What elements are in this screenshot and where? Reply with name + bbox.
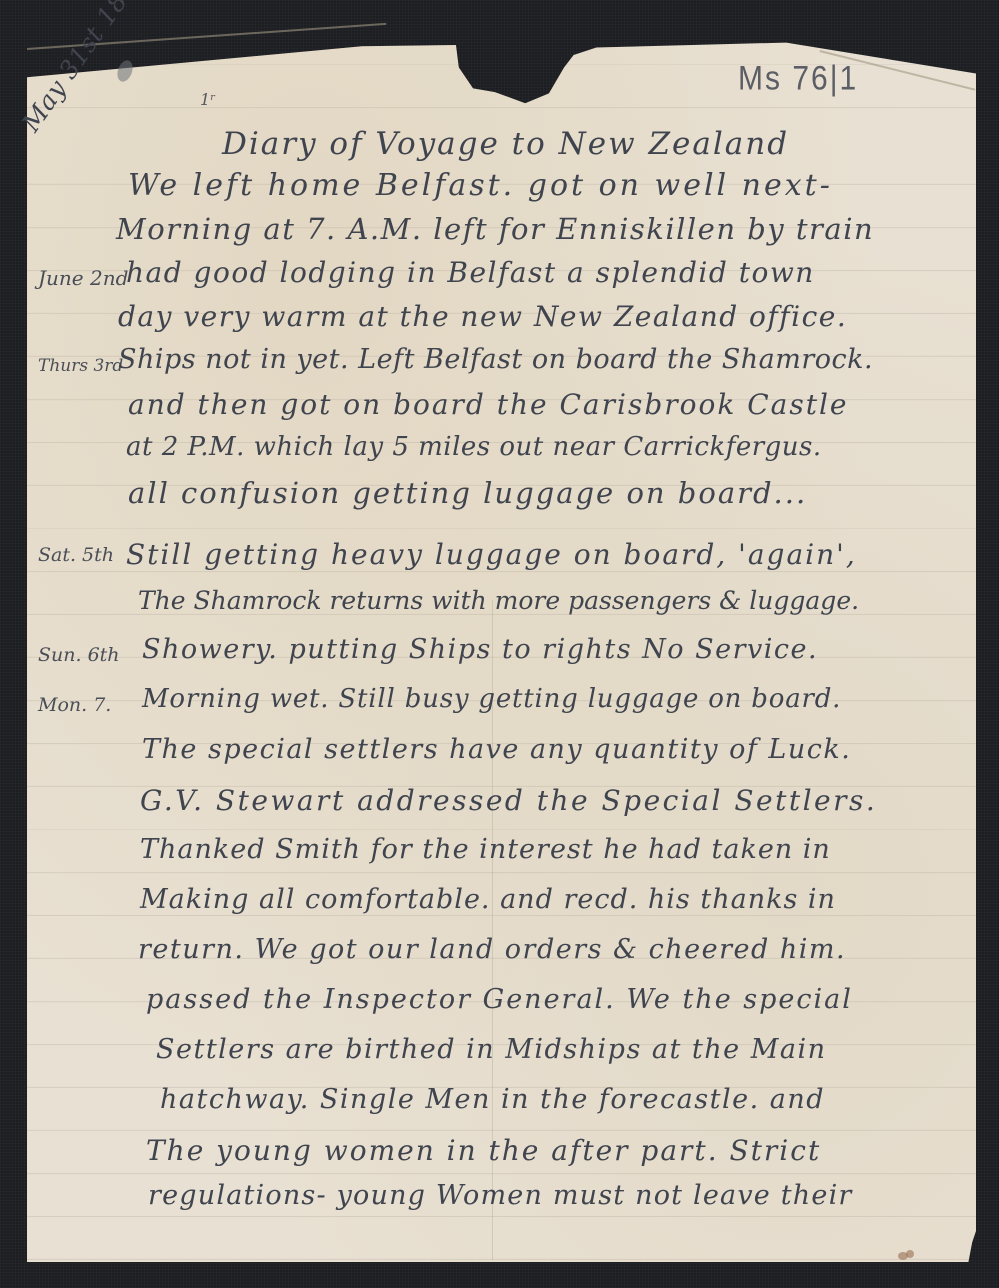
diary-line: Mon. 7. Morning wet. Still busy getting …: [0, 684, 999, 724]
diary-line: Sat. 5th Still getting heavy luggage on …: [0, 538, 999, 578]
diary-line: Morning at 7. A.M. left for Enniskillen …: [0, 212, 999, 252]
entry-date: Sat. 5th: [38, 544, 114, 566]
diary-line: The special settlers have any quantity o…: [0, 734, 999, 774]
diary-line: The Shamrock returns with more passenger…: [0, 586, 999, 626]
diary-line: day very warm at the new New Zealand off…: [0, 300, 999, 340]
entry-text: hatchway. Single Men in the forecastle. …: [160, 1084, 825, 1115]
diary-line: The young women in the after part. Stric…: [0, 1134, 999, 1174]
entry-text: Showery. putting Ships to rights No Serv…: [142, 634, 818, 665]
diary-line: passed the Inspector General. We the spe…: [0, 984, 999, 1024]
entry-text: We left home Belfast. got on well next-: [128, 168, 833, 203]
diary-line: Thurs 3rd Ships not in yet. Left Belfast…: [0, 344, 999, 384]
diary-line: at 2 P.M. which lay 5 miles out near Car…: [0, 432, 999, 472]
entry-text: The young women in the after part. Stric…: [146, 1134, 821, 1167]
entry-date: Mon. 7.: [38, 694, 111, 716]
entry-text: passed the Inspector General. We the spe…: [146, 984, 853, 1015]
entry-date: June 2nd: [38, 266, 128, 290]
entry-text: Making all comfortable. and recd. his th…: [140, 884, 836, 915]
entry-text: G.V. Stewart addressed the Special Settl…: [140, 784, 877, 817]
entry-text: The Shamrock returns with more passenger…: [138, 586, 859, 615]
foxing-stain: [906, 1250, 914, 1258]
entry-text: The special settlers have any quantity o…: [142, 734, 851, 765]
diary-line: regulations- young Women must not leave …: [0, 1180, 999, 1220]
entry-date: Thurs 3rd: [38, 356, 123, 376]
entry-text: Morning at 7. A.M. left for Enniskillen …: [116, 212, 874, 246]
date-mark: 1ʳ: [200, 90, 216, 109]
entry-text: at 2 P.M. which lay 5 miles out near Car…: [126, 432, 822, 462]
entry-text: regulations- young Women must not leave …: [148, 1180, 853, 1211]
entry-text: had good lodging in Belfast a splendid t…: [126, 256, 815, 289]
diary-line: return. We got our land orders & cheered…: [0, 934, 999, 974]
archive-reference: Ms 76|1: [738, 59, 858, 98]
entry-text: Ships not in yet. Left Belfast on board …: [118, 344, 873, 375]
entry-text: day very warm at the new New Zealand off…: [118, 300, 847, 333]
entry-text: Still getting heavy luggage on board, 'a…: [126, 538, 857, 571]
diary-line: Settlers are birthed in Midships at the …: [0, 1034, 999, 1074]
entry-date: Sun. 6th: [38, 644, 120, 666]
diary-line: June 2nd had good lodging in Belfast a s…: [0, 256, 999, 296]
diary-line: Making all comfortable. and recd. his th…: [0, 884, 999, 924]
diary-line: Sun. 6th Showery. putting Ships to right…: [0, 634, 999, 674]
diary-line: and then got on board the Carisbrook Cas…: [0, 388, 999, 428]
diary-line: hatchway. Single Men in the forecastle. …: [0, 1084, 999, 1124]
entry-text: and then got on board the Carisbrook Cas…: [128, 388, 848, 421]
diary-line: We left home Belfast. got on well next-: [0, 168, 999, 208]
diary-line: G.V. Stewart addressed the Special Settl…: [0, 784, 999, 824]
entry-text: return. We got our land orders & cheered…: [138, 934, 846, 965]
diary-line: all confusion getting luggage on board..…: [0, 476, 999, 516]
diary-line: Thanked Smith for the interest he had ta…: [0, 834, 999, 874]
entry-text: Thanked Smith for the interest he had ta…: [140, 834, 831, 865]
entry-text: Morning wet. Still busy getting luggage …: [142, 684, 841, 714]
page-title: Diary of Voyage to New Zealand: [222, 126, 789, 162]
entry-text: Settlers are birthed in Midships at the …: [156, 1034, 826, 1065]
entry-text: all confusion getting luggage on board..…: [128, 476, 807, 510]
